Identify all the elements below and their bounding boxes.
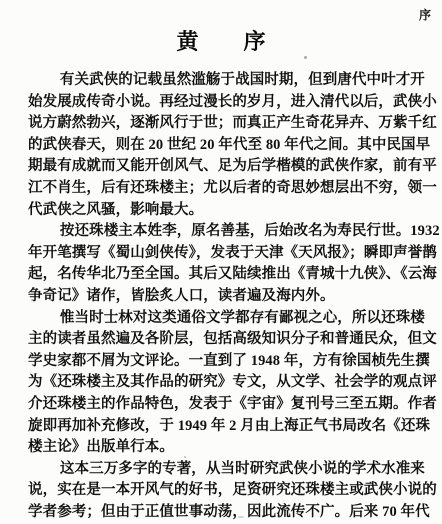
paragraph-2: 按还珠楼主本姓李，原名善基，后始改名为寿民行世。1932 年开笔撰写《蜀山剑侠传… <box>28 221 418 307</box>
running-header: 序 <box>419 6 431 23</box>
text-line: 争奇记》诸作，皆脍炙人口，读者遍及海内外。 <box>28 286 418 308</box>
text-line: 旋即再加补充修改，于 1949 年 2 月由上海正气书局改名《还珠 <box>28 416 418 438</box>
text-line: 说，实在是一本开风气的好书，足资研究还珠楼主或武侠小说的 <box>28 480 418 502</box>
text-line: 介还珠楼主的作品特色，发表于《宇宙》复刊号三至五期。作者 <box>28 394 418 416</box>
book-page: 序 黄 序 有关武侠的记载虽然滥觞于战国时期，但到唐代中叶才开 始发展成传奇小说… <box>0 0 442 524</box>
text-line: 起，名传华北乃至全国。其后又陆续推出《青城十九侠》、《云海 <box>28 264 418 286</box>
text-line: 的武侠春天，则在 20 世纪 20 年代至 80 年代之间。其中民国早 <box>28 135 418 157</box>
text-line: 楼主论》出版单行本。 <box>28 437 418 459</box>
text-line: 有关武侠的记载虽然滥觞于战国时期，但到唐代中叶才开 <box>28 70 418 92</box>
text-line: 学史家都不屑为文评论。一直到了 1948 年，方有徐国桢先生撰 <box>28 351 418 373</box>
text-line: 江不肖生，后有还珠楼主；尤以后者的奇思妙想层出不穷，领一 <box>28 178 418 200</box>
scan-speck <box>238 516 244 518</box>
text-line: 始发展成传奇小说。再经过漫长的岁月，进入清代以后，武侠小 <box>28 92 418 114</box>
page-title: 黄 序 <box>0 29 442 55</box>
text-line: 说方蔚然勃兴，逐渐风行于世；而真正产生奇花异卉、万紫千红 <box>28 113 418 135</box>
title-char-left: 黄 <box>176 29 198 55</box>
paragraph-3: 惟当时士林对这类通俗文学都存有鄙视之心，所以还珠楼 主的读者虽然遍及各阶层，包括… <box>28 308 418 459</box>
text-line: 这本三万多字的专著，从当时研究武侠小说的学术水准来 <box>28 459 418 481</box>
paragraph-1: 有关武侠的记载虽然滥觞于战国时期，但到唐代中叶才开 始发展成传奇小说。再经过漫长… <box>28 70 418 221</box>
scan-speck <box>184 456 186 458</box>
text-line: 主的读者虽然遍及各阶层，包括高级知识分子和普通民众，但文 <box>28 329 418 351</box>
text-line: 代武侠之风骚，影响最大。 <box>28 200 418 222</box>
paragraph-4: 这本三万多字的专著，从当时研究武侠小说的学术水准来 说，实在是一本开风气的好书，… <box>28 459 418 524</box>
text-line: 期最有成就而又能开创风气、足为后学楷模的武侠作家，前有平 <box>28 156 418 178</box>
text-line: 年开笔撰写《蜀山剑侠传》，发表于天津《天风报》；瞬即声誉鹊 <box>28 243 418 265</box>
scan-speck <box>304 56 307 59</box>
text-line: 学者参考；但由于正值世事动荡，因此流传不广。后来 70 年代 <box>28 502 418 524</box>
text-line: 为《还珠楼主及其作品的研究》专文，从文学、社会学的观点评 <box>28 372 418 394</box>
title-char-right: 序 <box>244 29 266 55</box>
text-line: 惟当时士林对这类通俗文学都存有鄙视之心，所以还珠楼 <box>28 308 418 330</box>
text-line: 按还珠楼主本姓李，原名善基，后始改名为寿民行世。1932 <box>28 221 418 243</box>
text-block: 有关武侠的记载虽然滥觞于战国时期，但到唐代中叶才开 始发展成传奇小说。再经过漫长… <box>28 70 418 523</box>
